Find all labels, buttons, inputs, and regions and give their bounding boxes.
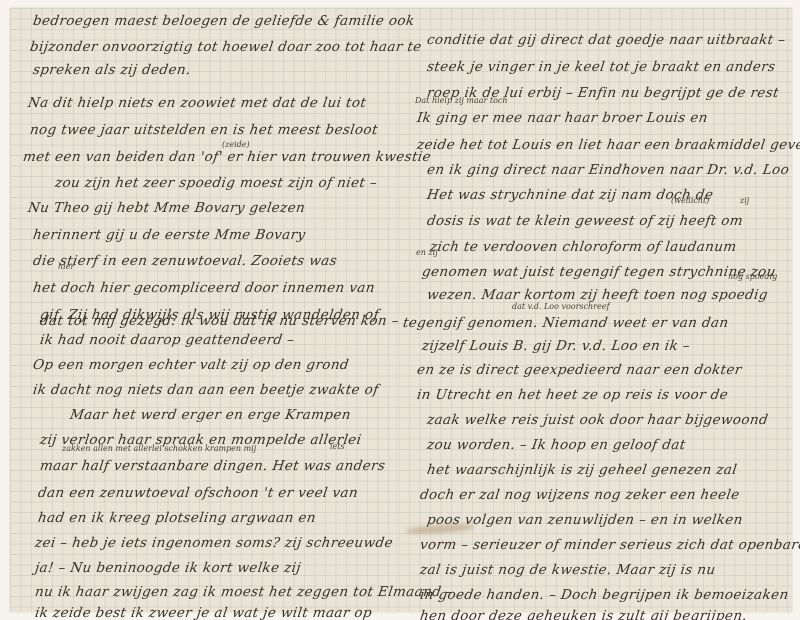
handwritten-line: poos volgen van zenuwlijden – en in welk…: [426, 512, 744, 528]
handwritten-line: zijzelf Louis B. gij Dr. v.d. Loo en ik …: [421, 338, 691, 354]
handwritten-line: dan een zenuwtoeval ofschoon 't er veel …: [37, 485, 359, 501]
handwritten-line: zal is juist nog de kwestie. Maar zij is…: [419, 562, 717, 578]
interlinear-insertion: (zeide): [222, 140, 250, 149]
handwritten-line: hen door deze geheuken is zult gij begri…: [419, 608, 748, 620]
handwritten-line: zou worden. – Ik hoop en geloof dat: [426, 437, 687, 453]
handwritten-line: bijzonder onvoorzigtig tot hoewel doar z…: [29, 39, 423, 55]
handwritten-line: conditie dat gij direct dat goedje naar …: [426, 32, 787, 48]
handwritten-line: met een van beiden dan 'of' er hier van …: [22, 149, 432, 165]
handwritten-line: dosis is wat te klein geweest of zij hee…: [426, 213, 744, 229]
handwritten-line: maar half verstaanbare dingen. Het was a…: [39, 458, 386, 474]
handwritten-line: nu ik haar zwijgen zag ik moest het zegg…: [34, 584, 454, 600]
handwritten-line: in goede handen. – Doch begrijpen ik bem…: [419, 587, 790, 603]
handwritten-line: had en ik kreeg plotseling argwaan en: [37, 510, 317, 526]
interlinear-insertion: zij: [740, 196, 749, 205]
handwritten-line: het doch hier gecompliceerd door innemen…: [32, 280, 376, 296]
handwritten-line: zich te verdooven chloroform of laudanum: [429, 239, 738, 255]
handwritten-line: steek je vinger in je keel tot je braakt…: [426, 59, 777, 75]
interlinear-insertion: nog spoedig: [728, 272, 777, 281]
handwritten-line: ja! – Nu beninoogde ik kort welke zij: [34, 560, 302, 576]
handwritten-line: zei – heb je iets ingenomen soms? zij sc…: [34, 535, 394, 551]
page-fold: [396, 8, 398, 612]
handwritten-line: ik zeide best ik zweer je al wat je wilt…: [34, 605, 373, 620]
handwritten-line: Maar het werd erger en erge Krampen: [69, 407, 352, 423]
handwritten-line: zou zijn het zeer spoedig moest zijn of …: [54, 175, 378, 191]
handwritten-line: zaak welke reis juist ook door haar bijg…: [426, 412, 769, 428]
interlinear-insertion: (wellicht): [671, 196, 709, 205]
handwritten-line: nog twee jaar uitstelden en is het meest…: [29, 122, 379, 138]
handwritten-line: vorm – serieuzer of minder serieus zich …: [419, 537, 800, 553]
handwritten-line: Nu Theo gij hebt Mme Bovary gelezen: [27, 200, 306, 216]
handwritten-line: Op een morgen echter valt zij op den gro…: [32, 357, 350, 373]
interlinear-insertion: zakken allen met allerlei schokken kramp…: [62, 444, 256, 453]
handwritten-line: Na dit hielp niets en zoowiet met dat de…: [27, 95, 368, 111]
handwritten-line: doch er zal nog wijzens nog zeker een he…: [419, 487, 741, 503]
handwritten-line: zeide het tot Louis en liet haar een bra…: [416, 137, 800, 153]
interlinear-insertion: hier: [58, 262, 74, 271]
handwritten-line: genomen wat juist tegengif tegen strychn…: [421, 264, 777, 280]
handwritten-line: Ik ging er mee naar haar broer Louis en: [416, 110, 709, 126]
handwritten-line: herinnert gij u de eerste Mme Bovary: [32, 227, 307, 243]
handwritten-line: in Utrecht en het heet ze op reis is voo…: [416, 387, 729, 403]
handwritten-line: spreken als zij deden.: [32, 62, 192, 78]
handwritten-line: ik dacht nog niets dan aan een beetje zw…: [32, 382, 380, 398]
handwritten-line: en ik ging direct naar Eindhoven naar Dr…: [426, 162, 790, 178]
handwritten-line: tegengif genomen. Niemand weet er van da…: [402, 315, 730, 331]
interlinear-insertion: Dat hielp zij maar toch: [415, 96, 508, 105]
handwritten-line: het waarschijnlijk is zij geheel genezen…: [426, 462, 738, 478]
interlinear-insertion: iets: [330, 442, 345, 451]
handwritten-line: die stierf in een zenuwtoeval. Zooiets w…: [32, 253, 338, 269]
interlinear-insertion: dat v.d. Loo voorschreef: [512, 302, 609, 311]
handwritten-line: ik had nooit daarop geattendeerd –: [39, 332, 296, 348]
handwritten-line: en ze is direct geexpedieerd naar een do…: [416, 362, 743, 378]
handwritten-line: dat tot mij gezegd: ik wou dat ik nu ste…: [39, 313, 400, 329]
handwritten-line: wezen. Maar kortom zij heeft toen nog sp…: [426, 287, 769, 303]
handwritten-line: bedroegen maest beloegen de geliefde & f…: [32, 13, 416, 29]
interlinear-insertion: en zij: [416, 248, 438, 257]
